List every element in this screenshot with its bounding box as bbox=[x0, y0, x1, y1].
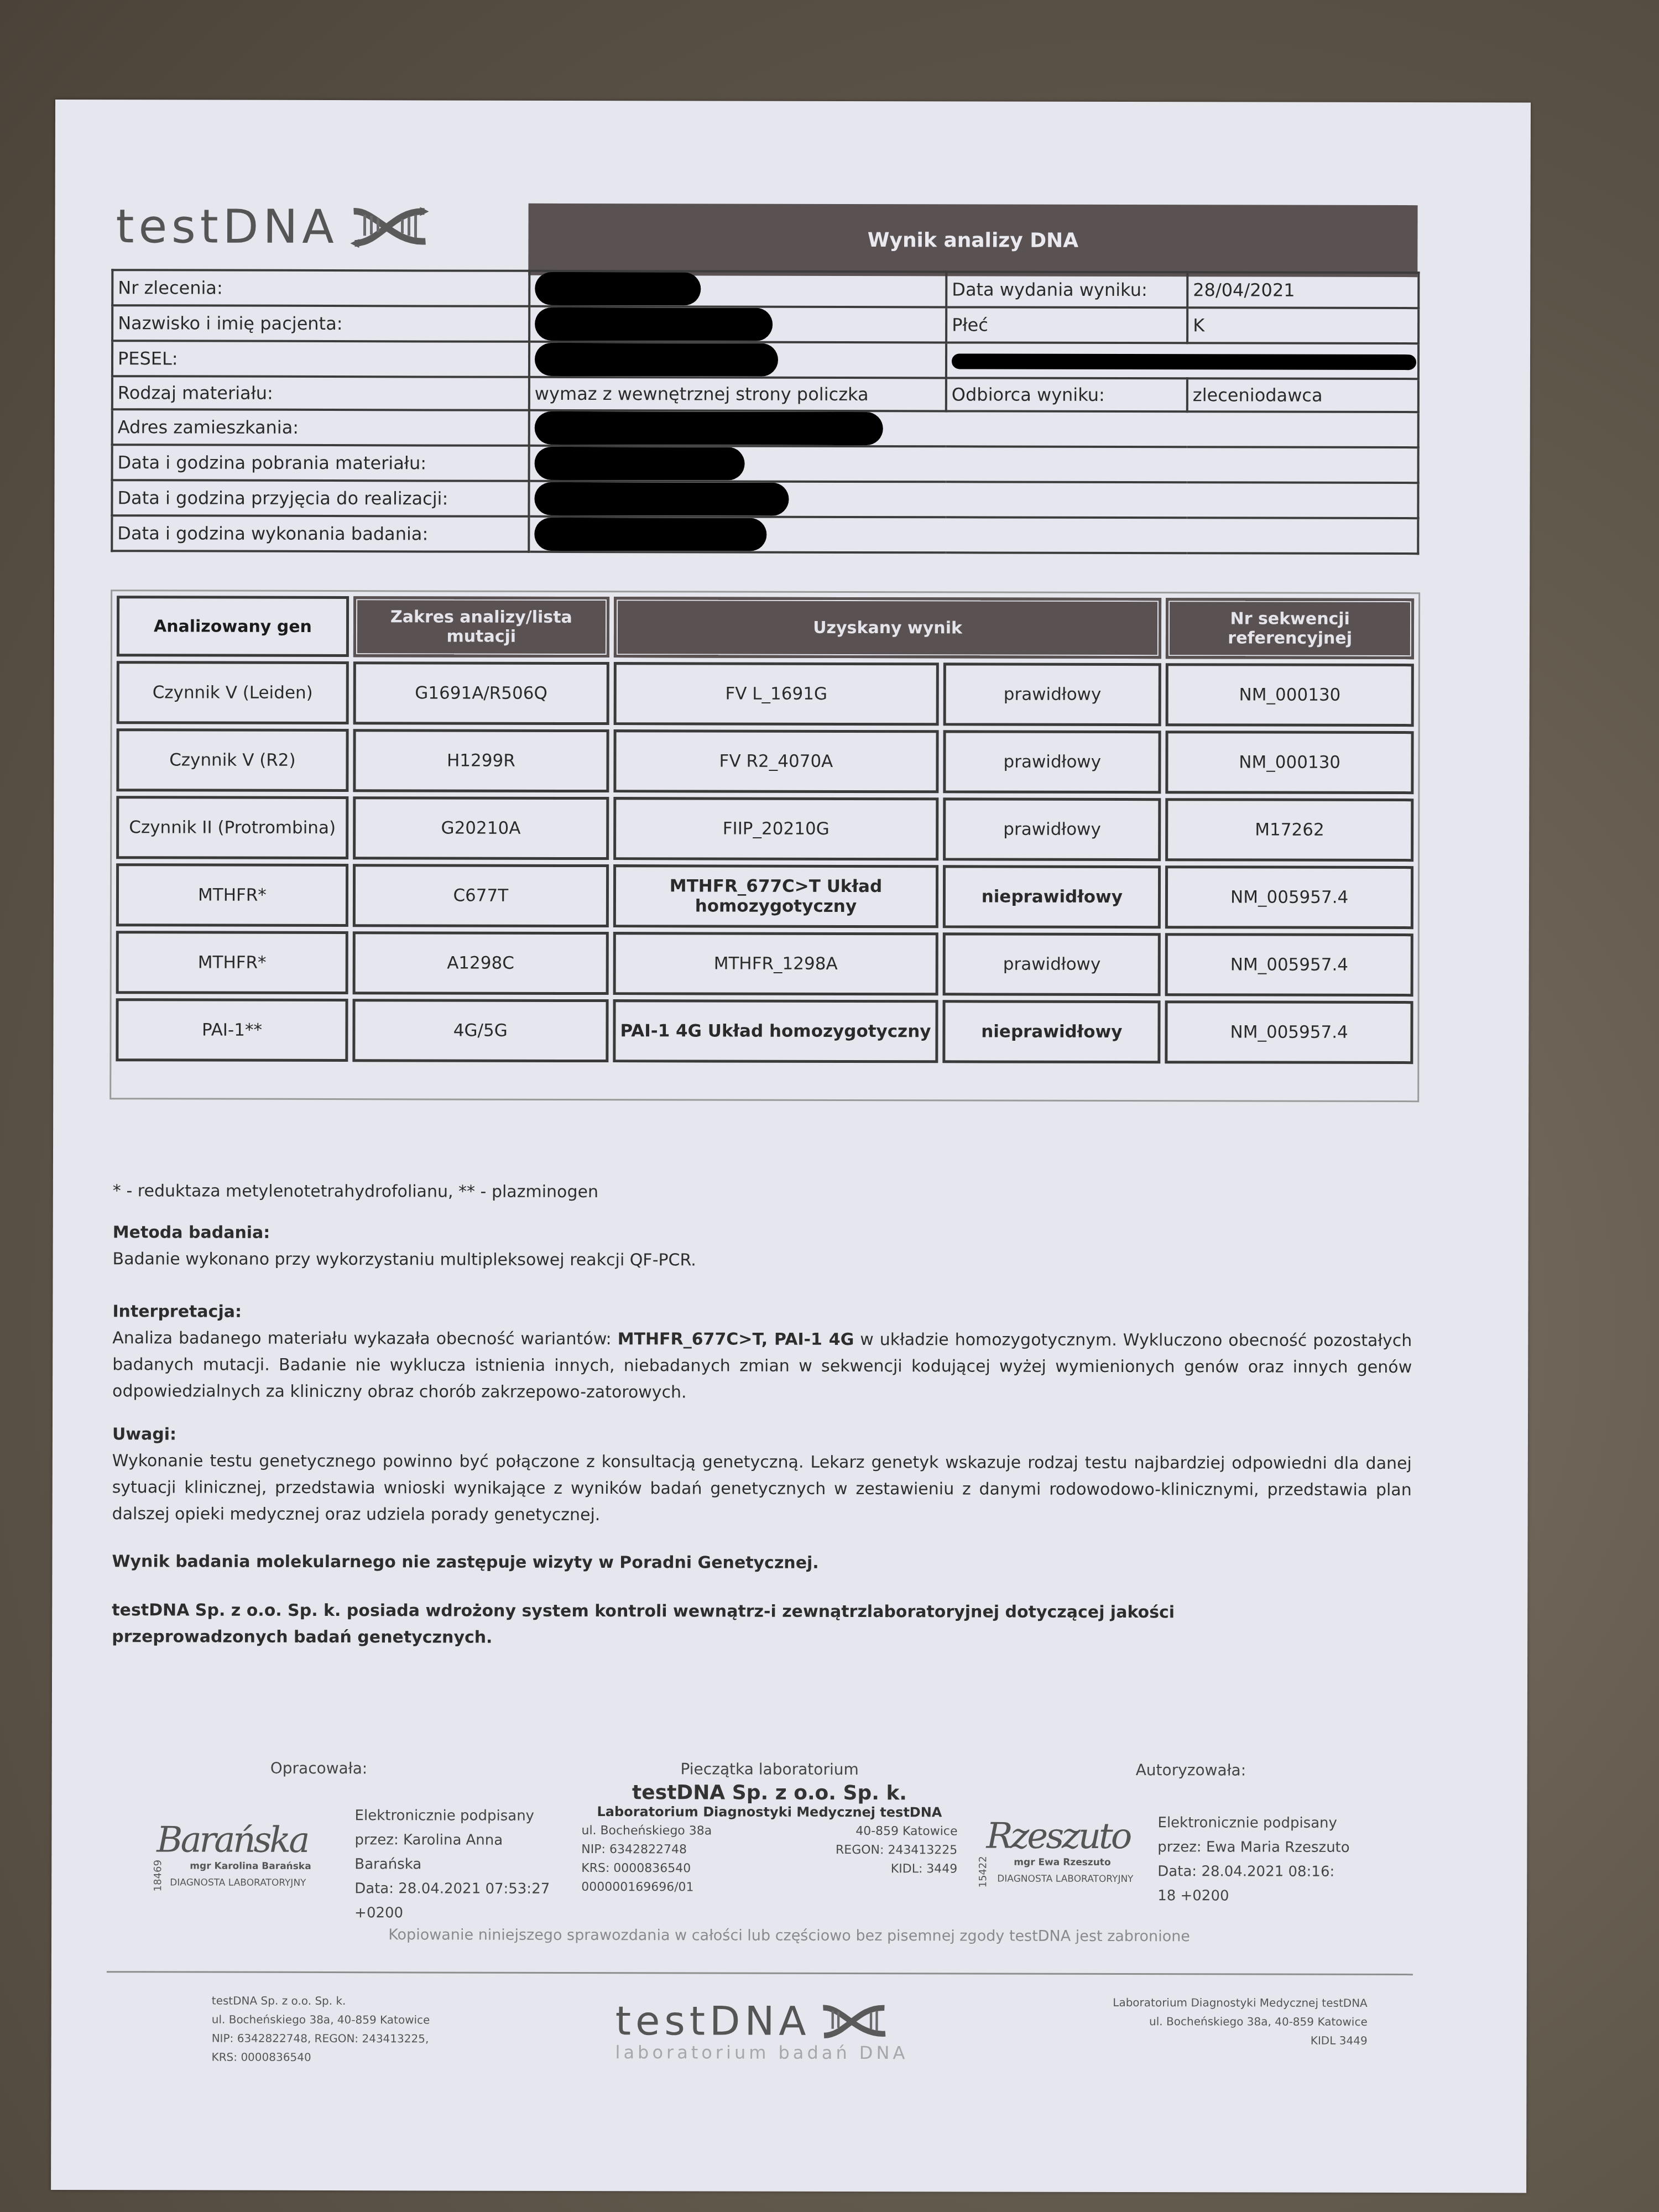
stamp-right-lines: 40-859 Katowice REGON: 243413225 KIDL: 3… bbox=[836, 1822, 958, 1897]
redacted-pesel bbox=[529, 342, 946, 378]
signer-id: 15422 bbox=[977, 1856, 989, 1887]
interpretation-text-start: Analiza badanego materiału wykazała obec… bbox=[112, 1328, 617, 1349]
result-cell: PAI-1 4G Układ homozygotyczny bbox=[613, 999, 938, 1063]
footer-divider bbox=[107, 1971, 1413, 1975]
header-reference: Nr sekwencji referencyjnej bbox=[1166, 598, 1414, 659]
prepared-signature: Barańska mgr Karolina Barańska DIAGNOSTA… bbox=[156, 1819, 356, 1888]
dna-helix-icon bbox=[348, 205, 431, 249]
result-cell: MTHFR_677C>T Układ homozygotyczny bbox=[613, 864, 939, 928]
info-row-test-date: Data i godzina wykonania badania: bbox=[112, 515, 1418, 554]
prepared-e-signature: Elektronicznie podpisany przez: Karolina… bbox=[354, 1803, 550, 1926]
signer-role: DIAGNOSTA LABORATORYJNY bbox=[997, 1874, 1163, 1885]
e-sign-line: +0200 bbox=[354, 1901, 550, 1926]
table-row: PAI-1**4G/5GPAI-1 4G Układ homozygotyczn… bbox=[116, 998, 1413, 1064]
info-label: Data i godzina pobrania materiału: bbox=[112, 445, 529, 481]
handwritten-signature: Barańska bbox=[156, 1819, 356, 1861]
stamp-line: KIDL: 3449 bbox=[836, 1860, 957, 1879]
signer-name: mgr Karolina Barańska bbox=[190, 1861, 356, 1872]
status-cell: prawidłowy bbox=[943, 730, 1161, 794]
interpretation-heading: Interpretacja: bbox=[112, 1298, 1412, 1328]
info-label: Płeć bbox=[946, 307, 1187, 343]
result-cell: FV L_1691G bbox=[613, 662, 939, 726]
redacted-extra-field bbox=[946, 342, 1418, 379]
authorized-label: Autoryzowała: bbox=[1136, 1761, 1246, 1779]
redacted-address bbox=[529, 410, 1418, 447]
signer-role: DIAGNOSTA LABORATORYJNY bbox=[170, 1877, 356, 1888]
reference-cell: M17262 bbox=[1166, 798, 1414, 862]
footer-logo-text: testDNA bbox=[615, 1997, 811, 2044]
gene-cell: Czynnik II (Protrombina) bbox=[116, 796, 348, 859]
footer-line: ul. Bocheńskiego 38a, 40-859 Katowice bbox=[1025, 2012, 1368, 2031]
info-row-address: Adres zamieszkania: bbox=[112, 409, 1418, 447]
info-label: Odbiorca wyniku: bbox=[946, 378, 1187, 411]
document-page: testDNA Wynik analizy DNA Nr zlecenia: D… bbox=[51, 100, 1531, 2193]
info-label: Nr zlecenia: bbox=[112, 270, 529, 306]
sex-value: K bbox=[1187, 307, 1418, 343]
stamp-line: NIP: 6342822748 bbox=[581, 1840, 712, 1859]
info-row-material: Rodzaj materiału: wymaz z wewnętrznej st… bbox=[112, 376, 1418, 412]
footer-lab-info: Laboratorium Diagnostyki Medycznej testD… bbox=[1025, 1993, 1368, 2050]
results-body: Czynnik V (Leiden)G1691A/R506QFV L_1691G… bbox=[116, 661, 1414, 1064]
info-label: Data i godzina wykonania badania: bbox=[112, 515, 529, 552]
info-row-pesel: PESEL: bbox=[112, 341, 1418, 379]
gene-cell: MTHFR* bbox=[116, 863, 348, 927]
info-label: Rodzaj materiału: bbox=[112, 376, 529, 410]
info-label: Data i godzina przyjęcia do realizacji: bbox=[112, 480, 529, 517]
table-row: MTHFR*C677TMTHFR_677C>T Układ homozygoty… bbox=[116, 863, 1413, 929]
range-cell: G1691A/R506Q bbox=[353, 661, 609, 725]
info-row-collection-date: Data i godzina pobrania materiału: bbox=[112, 445, 1418, 483]
e-sign-line: Barańska bbox=[354, 1852, 550, 1877]
redacted-test-date bbox=[529, 517, 1418, 554]
table-row: MTHFR*A1298CMTHFR_1298AprawidłowyNM_0059… bbox=[116, 931, 1413, 997]
lab-stamp: Pieczątka laboratorium testDNA Sp. z o.o… bbox=[581, 1760, 958, 1897]
e-sign-line: Data: 28.04.2021 07:53:27 bbox=[354, 1876, 550, 1901]
notes-text: Wykonanie testu genetycznego powinno być… bbox=[112, 1448, 1412, 1530]
status-cell: prawidłowy bbox=[943, 932, 1161, 996]
dna-helix-icon bbox=[818, 2002, 890, 2041]
range-cell: G20210A bbox=[353, 796, 609, 860]
stamp-company: testDNA Sp. z o.o. Sp. k. bbox=[582, 1781, 958, 1804]
range-cell: A1298C bbox=[353, 931, 609, 995]
interpretation-text: Analiza badanego materiału wykazała obec… bbox=[112, 1325, 1412, 1407]
status-cell: prawidłowy bbox=[943, 662, 1161, 726]
e-sign-line: Data: 28.04.2021 08:16: bbox=[1157, 1859, 1349, 1884]
signer-name: mgr Ewa Rzeszuto bbox=[1014, 1857, 1163, 1869]
info-row-order: Nr zlecenia: Data wydania wyniku: 28/04/… bbox=[112, 270, 1418, 308]
report-title: Wynik analizy DNA bbox=[868, 229, 1078, 252]
handwritten-signature: Rzeszuto bbox=[986, 1816, 1163, 1858]
authorized-signature: Rzeszuto mgr Ewa Rzeszuto DIAGNOSTA LABO… bbox=[986, 1816, 1163, 1885]
stamp-left-lines: ul. Bocheńskiego 38a NIP: 6342822748 KRS… bbox=[581, 1822, 712, 1897]
footer-company-info: testDNA Sp. z o.o. Sp. k. ul. Bocheńskie… bbox=[212, 1991, 430, 2067]
redacted-intake-date bbox=[529, 481, 1418, 518]
status-cell: prawidłowy bbox=[943, 797, 1161, 861]
info-label: Data wydania wyniku: bbox=[946, 272, 1187, 307]
stamp-line: 000000169696/01 bbox=[581, 1878, 712, 1897]
stamp-line: REGON: 243413225 bbox=[836, 1841, 957, 1860]
prepared-label: Opracowała: bbox=[270, 1759, 368, 1777]
stamp-label: Pieczątka laboratorium bbox=[582, 1760, 958, 1778]
reference-cell: NM_005957.4 bbox=[1165, 1000, 1413, 1064]
stamp-line: ul. Bocheńskiego 38a bbox=[581, 1822, 712, 1840]
result-cell: FIIP_20210G bbox=[613, 797, 939, 860]
info-label: PESEL: bbox=[112, 341, 529, 377]
gene-cell: MTHFR* bbox=[116, 931, 348, 994]
patient-info-table: Nr zlecenia: Data wydania wyniku: 28/04/… bbox=[111, 269, 1420, 555]
logo-text: testDNA bbox=[116, 199, 338, 254]
info-row-intake-date: Data i godzina przyjęcia do realizacji: bbox=[112, 480, 1418, 518]
table-row: Czynnik II (Protrombina)G20210AFIIP_2021… bbox=[116, 796, 1413, 862]
reference-cell: NM_000130 bbox=[1166, 731, 1414, 794]
header-result: Uzyskany wynik bbox=[614, 597, 1162, 659]
status-cell: nieprawidłowy bbox=[943, 1000, 1161, 1063]
header-range: Zakres analizy/lista mutacji bbox=[353, 596, 609, 658]
reference-cell: NM_000130 bbox=[1166, 663, 1414, 727]
table-row: Czynnik V (Leiden)G1691A/R506QFV L_1691G… bbox=[117, 661, 1414, 727]
signer-id: 18469 bbox=[152, 1860, 164, 1891]
e-sign-line: przez: Karolina Anna bbox=[354, 1828, 550, 1853]
disclaimer: Wynik badania molekularnego nie zastępuj… bbox=[112, 1548, 1411, 1578]
reference-cell: NM_005957.4 bbox=[1165, 865, 1413, 929]
status-cell: nieprawidłowy bbox=[943, 865, 1161, 928]
gene-cell: Czynnik V (Leiden) bbox=[117, 661, 349, 724]
authorized-e-signature: Elektronicznie podpisany przez: Ewa Mari… bbox=[1157, 1811, 1350, 1908]
notes-heading: Uwagi: bbox=[112, 1421, 1412, 1451]
results-header-row: Analizowany gen Zakres analizy/lista mut… bbox=[117, 596, 1414, 659]
header-gene: Analizowany gen bbox=[117, 596, 349, 657]
footer-line: KIDL 3449 bbox=[1025, 2031, 1368, 2050]
footer-line: Laboratorium Diagnostyki Medycznej testD… bbox=[1025, 1993, 1368, 2012]
material-value: wymaz z wewnętrznej strony policzka bbox=[529, 377, 946, 411]
redacted-collection-date bbox=[529, 446, 1418, 483]
range-cell: C677T bbox=[353, 864, 609, 927]
results-table-container: Analizowany gen Zakres analizy/lista mut… bbox=[109, 589, 1420, 1102]
stamp-line: KRS: 0000836540 bbox=[581, 1859, 712, 1878]
quality-statement: testDNA Sp. z o.o. Sp. k. posiada wdrożo… bbox=[112, 1597, 1218, 1652]
method-heading: Metoda badania: bbox=[113, 1219, 1412, 1249]
interpretation-section: Interpretacja: Analiza badanego materiał… bbox=[112, 1298, 1412, 1407]
recipient-value: zleceniodawca bbox=[1187, 378, 1418, 412]
gene-cell: Czynnik V (R2) bbox=[116, 728, 348, 792]
info-label: Adres zamieszkania: bbox=[112, 409, 529, 446]
results-table: Analizowany gen Zakres analizy/lista mut… bbox=[111, 591, 1418, 1068]
table-row: Czynnik V (R2)H1299RFV R2_4070Aprawidłow… bbox=[116, 728, 1413, 794]
e-sign-line: Elektronicznie podpisany bbox=[1157, 1811, 1349, 1835]
gene-cell: PAI-1** bbox=[116, 998, 348, 1062]
redacted-patient-name bbox=[529, 306, 946, 343]
footnote: * - reduktaza metylenotetrahydrofolianu,… bbox=[113, 1178, 1412, 1207]
info-row-name: Nazwisko i imię pacjenta: Płeć K bbox=[112, 305, 1418, 343]
footer-line: KRS: 0000836540 bbox=[212, 2048, 430, 2067]
stamp-lab: Laboratorium Diagnostyki Medycznej testD… bbox=[581, 1804, 957, 1820]
reference-cell: NM_005957.4 bbox=[1165, 933, 1413, 997]
footer-logo: testDNA laboratorium badań DNA bbox=[615, 1997, 909, 2063]
footer-line: testDNA Sp. z o.o. Sp. k. bbox=[212, 1991, 430, 2011]
result-cell: MTHFR_1298A bbox=[613, 932, 938, 995]
method-text: Badanie wykonano przy wykorzystaniu mult… bbox=[113, 1246, 1412, 1275]
interpretation-variants: MTHFR_677C>T, PAI-1 4G bbox=[618, 1329, 854, 1349]
stamp-line: 40-859 Katowice bbox=[836, 1822, 957, 1841]
range-cell: 4G/5G bbox=[352, 999, 608, 1062]
footer-tagline: laboratorium badań DNA bbox=[615, 2042, 909, 2063]
footer-line: ul. Bocheńskiego 38a, 40-859 Katowice bbox=[212, 2010, 430, 2030]
method-section: Metoda badania: Badanie wykonano przy wy… bbox=[113, 1219, 1412, 1275]
redacted-order-number bbox=[529, 271, 946, 307]
e-sign-line: przez: Ewa Maria Rzeszuto bbox=[1157, 1835, 1349, 1860]
notes-section: Uwagi: Wykonanie testu genetycznego powi… bbox=[112, 1421, 1412, 1530]
report-title-bar: Wynik analizy DNA bbox=[528, 204, 1417, 277]
copy-notice: Kopiowanie niniejszego sprawozdania w ca… bbox=[51, 1926, 1527, 1946]
footer-line: NIP: 6342822748, REGON: 243413225, bbox=[212, 2029, 430, 2048]
brand-logo: testDNA bbox=[116, 199, 431, 254]
info-label: Nazwisko i imię pacjenta: bbox=[112, 305, 529, 342]
e-sign-line: Elektronicznie podpisany bbox=[354, 1803, 550, 1828]
range-cell: H1299R bbox=[353, 729, 609, 792]
e-sign-line: 18 +0200 bbox=[1157, 1884, 1349, 1908]
issue-date: 28/04/2021 bbox=[1187, 272, 1418, 308]
result-cell: FV R2_4070A bbox=[613, 729, 939, 793]
